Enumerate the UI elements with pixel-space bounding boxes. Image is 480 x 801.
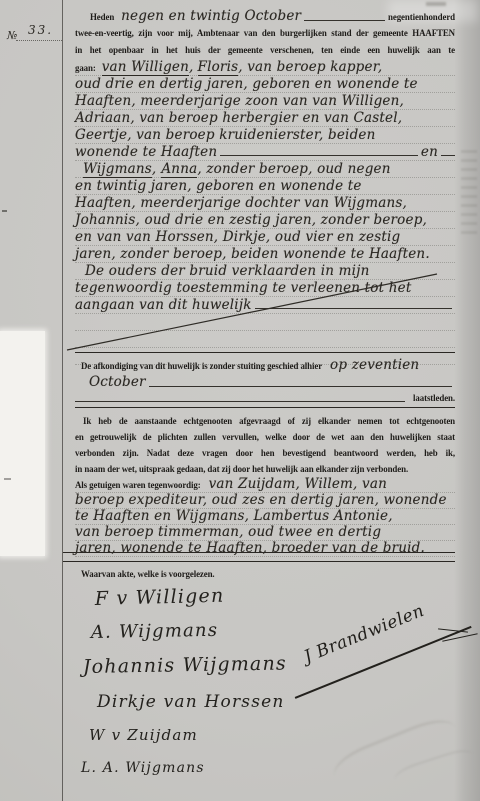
entry-line-bride: Wijgmans , Anna , zonder beroep, oud neg… <box>75 161 455 178</box>
announcement-line-2: October <box>75 374 455 391</box>
scan-white-strip <box>0 331 45 556</box>
blank-filler-line <box>304 20 385 21</box>
bride-surname: Wijgmans <box>83 161 152 178</box>
announcement-hand-date: op zeventien <box>330 357 419 374</box>
entry-text: en van van Horssen, Dirkje, oud vier en … <box>75 229 400 245</box>
entry-text: wonende te Haaften <box>75 144 217 160</box>
margin-rule <box>62 0 63 801</box>
witnesses-line-3: te Haaften en Wijgmans, Lambertus Antoni… <box>75 509 455 525</box>
witnesses-line-1: Als getuigen waren tegenwoordig: van Zui… <box>75 477 455 493</box>
entry-line: Haaften, meerderjarige dochter van Wijgm… <box>75 195 455 212</box>
declaration-line-2: en getrouwelijk de plichten zullen vervu… <box>75 429 455 445</box>
opening-line-1: Heden negen en twintig October negentien… <box>75 8 455 25</box>
witnesses-line-2: beroep expediteur, oud zes en dertig jar… <box>75 493 455 509</box>
entry-line-en: wonende te Haaften en <box>75 144 455 161</box>
groom-given-name: Floris <box>198 59 239 76</box>
entry-line: en van van Horssen, Dirkje, oud vier en … <box>75 229 455 246</box>
entry-text: oud drie en dertig jaren, geboren en won… <box>75 76 418 92</box>
blank-filler-line <box>75 401 405 402</box>
entry-text: en twintig jaren, geboren en wonende te <box>75 178 362 194</box>
printed-year-word: negentienhonderd <box>388 9 455 26</box>
diagonal-strike-line <box>62 262 444 354</box>
entry-text: en <box>421 144 438 160</box>
margin-number-dotted-line <box>16 40 62 41</box>
entry-text: beroep expediteur, oud zes en dertig jar… <box>75 493 447 508</box>
declaration-line-4: in naam der wet, uitspraak gedaan, dat z… <box>75 461 455 477</box>
bride-details: , zonder beroep, oud negen <box>197 161 390 177</box>
printed-heden: Heden <box>75 9 114 26</box>
announcement-line-1: De afkondiging van dit huwelijk is zonde… <box>75 357 455 374</box>
witnesses-label: Als getuigen waren tegenwoordig: <box>75 478 201 493</box>
entry-text: Adriaan, van beroep herbergier en van Ca… <box>75 110 402 126</box>
witness-1-name: van Zuijdam, Willem, van <box>209 477 387 492</box>
groom-details: , van beroep kapper, <box>238 59 382 75</box>
announcement-hand-month: October <box>89 374 146 391</box>
entry-text: van beroep timmerman, oud twee en dertig <box>75 525 381 540</box>
entry-text: Haaften, meerderjarige dochter van Wijgm… <box>75 195 407 211</box>
groom-surname: van Willigen <box>102 59 189 76</box>
entry-line: jaren, zonder beroep, beiden wonende te … <box>75 246 455 263</box>
blank-filler-line <box>149 386 452 387</box>
entry-text: jaren, zonder beroep, beiden wonende te … <box>75 246 430 262</box>
blank-filler-line <box>441 155 455 156</box>
entry-line: Johannis, oud drie en zestig jaren, zond… <box>75 212 455 229</box>
bride-given-name: Anna <box>161 161 197 178</box>
printed-gaan: gaan: <box>75 60 96 76</box>
witnesses-line-4: van beroep timmerman, oud twee en dertig <box>75 525 455 541</box>
separator: , <box>152 161 157 177</box>
section-opening: Heden negen en twintig October negentien… <box>75 8 455 365</box>
scan-artifact-mark <box>426 2 446 6</box>
entry-text: Haaften, meerderjarige zoon van van Will… <box>75 93 404 109</box>
blank-filler-line <box>220 155 418 156</box>
entry-line-groom: gaan: van Willigen , Floris , van beroep… <box>75 59 455 76</box>
separator: , <box>189 59 194 75</box>
section-divider-line <box>63 552 455 553</box>
entry-line: en twintig jaren, geboren en wonende te <box>75 178 455 195</box>
signature-mother-bride: Dirkje van Horssen <box>97 692 455 726</box>
ink-bleed-mark <box>461 150 477 240</box>
opening-line-3: in het openbaar in het huis der gemeente… <box>75 42 455 59</box>
declaration-line-1: Ik heb de aanstaande echtgenooten afgevr… <box>75 413 455 429</box>
entry-line: oud drie en dertig jaren, geboren en won… <box>75 76 455 93</box>
entry-text: jaren, wonende te Haaften, broeder van d… <box>75 541 425 556</box>
entry-text: Johannis, oud drie en zestig jaren, zond… <box>75 212 427 228</box>
entry-line: Geertje, van beroep kruidenierster, beid… <box>75 127 455 144</box>
page-edge-shadow <box>454 0 480 801</box>
declaration-line-3: verbonden zijn. Nadat deze vragen door h… <box>75 445 455 461</box>
witnesses-line-5: jaren, wonende te Haaften, broeder van d… <box>75 541 455 557</box>
entry-line: Adriaan, van beroep herbergier en van Ca… <box>75 110 455 127</box>
section-divider-line <box>63 561 455 562</box>
ink-speck <box>2 210 7 212</box>
announcement-printed: De afkondiging van dit huwelijk is zonde… <box>75 358 322 375</box>
entry-line: Haaften, meerderjarige zoon van van Will… <box>75 93 455 110</box>
section-announcement: De afkondiging van dit huwelijk is zonde… <box>75 352 455 408</box>
entry-text: Geertje, van beroep kruidenierster, beid… <box>75 127 376 143</box>
section-declaration: Ik heb de aanstaande echtgenooten afgevr… <box>75 409 455 557</box>
witness-2-name: te Haaften en Wijgmans, Lambertus Antoni… <box>75 509 393 524</box>
handwritten-marriage-date: negen en twintig October <box>121 8 301 25</box>
announcement-line-3: laatstleden. <box>75 391 455 406</box>
announcement-suffix: laatstleden. <box>413 391 455 406</box>
opening-line-2: twee-en-veertig, zijn voor mij, Ambtenaa… <box>75 25 455 42</box>
ink-speck <box>4 478 11 480</box>
scanned-marriage-record-page: № 33. Heden negen en twintig October neg… <box>0 0 480 801</box>
margin-number-value: 33. <box>28 23 53 37</box>
